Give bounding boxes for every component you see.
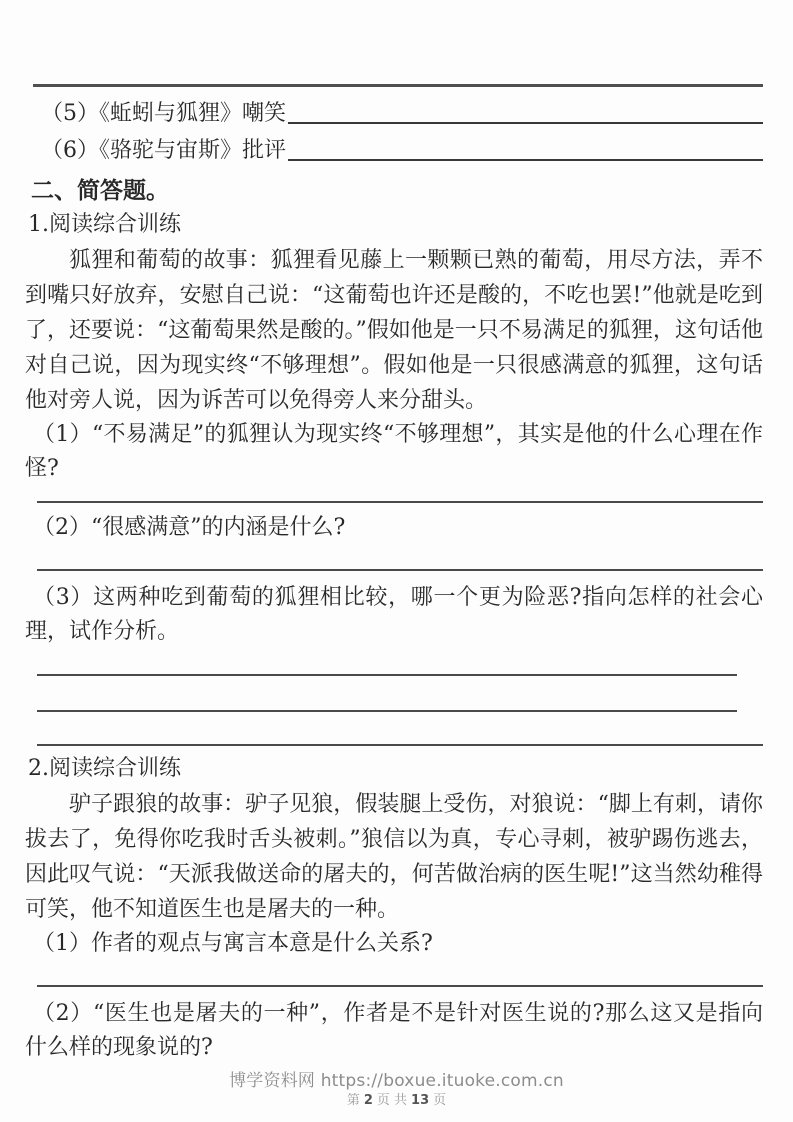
answer-line: [37, 674, 737, 676]
answer-line: [37, 501, 763, 503]
page-content: （5）《蚯蚓与狐狸》嘲笑 （6）《骆驼与宙斯》批评 二、简答题。 1.阅读综合训…: [25, 0, 763, 1065]
answer-line: [37, 985, 763, 987]
fill-item-5-label: （5）《蚯蚓与狐狸》嘲笑: [41, 103, 286, 129]
exercise-1-title: 1.阅读综合训练: [28, 208, 763, 242]
exercise-1-question-3: （3）这两种吃到葡萄的狐狸相比较，哪一个更为险恶?指向怎样的社会心理，试作分析。: [25, 581, 763, 649]
answer-line: [37, 710, 737, 712]
footer-page-total: 13: [411, 1093, 429, 1108]
exercise-1-question-1: （1）“不易满足”的狐狸认为现实终“不够理想”，其实是他的什么心理在作怪?: [25, 418, 763, 486]
footer-page-current: 2: [364, 1093, 373, 1108]
answer-rule-top: [33, 84, 763, 87]
section-2-heading: 二、简答题。: [31, 174, 763, 208]
exercise-1-question-2: （2）“很感满意”的内涵是什么?: [25, 511, 763, 545]
exercise-2-question-2: （2）“医生也是屠夫的一种”，作者是不是针对医生说的?那么这又是指向什么样的现象…: [25, 997, 763, 1065]
exercise-2-title: 2.阅读综合训练: [28, 752, 763, 786]
exercise-1-passage: 狐狸和葡萄的故事：狐狸看见藤上一颗颗已熟的葡萄，用尽方法，弄不到嘴只好放弃，安慰…: [25, 243, 763, 418]
fill-item-5: （5）《蚯蚓与狐狸》嘲笑: [41, 92, 763, 129]
footer-page-suffix: 页: [433, 1089, 446, 1108]
fill-item-6: （6）《骆驼与宙斯》批评: [41, 129, 763, 166]
fill-item-6-label: （6）《骆驼与宙斯》批评: [41, 140, 286, 166]
answer-line: [37, 569, 763, 571]
exercise-2-question-1: （1）作者的观点与寓言本意是什么关系?: [25, 927, 763, 961]
worksheet-page: （5）《蚯蚓与狐狸》嘲笑 （6）《骆驼与宙斯》批评 二、简答题。 1.阅读综合训…: [0, 0, 793, 1122]
footer-site-line: 博学资料网 https://boxue.ituoke.com.cn: [0, 1066, 793, 1091]
footer-page-middle: 页 共: [377, 1089, 407, 1108]
footer-page-indicator: 第 2 页 共 13 页: [0, 1089, 793, 1108]
fill-item-6-blank: [288, 135, 763, 161]
footer-page-prefix: 第: [347, 1089, 360, 1108]
exercise-2-passage: 驴子跟狼的故事：驴子见狼，假装腿上受伤，对狼说：“脚上有刺，请你拔去了，免得你吃…: [25, 787, 763, 927]
fill-item-5-blank: [288, 98, 763, 124]
answer-line: [37, 744, 763, 746]
